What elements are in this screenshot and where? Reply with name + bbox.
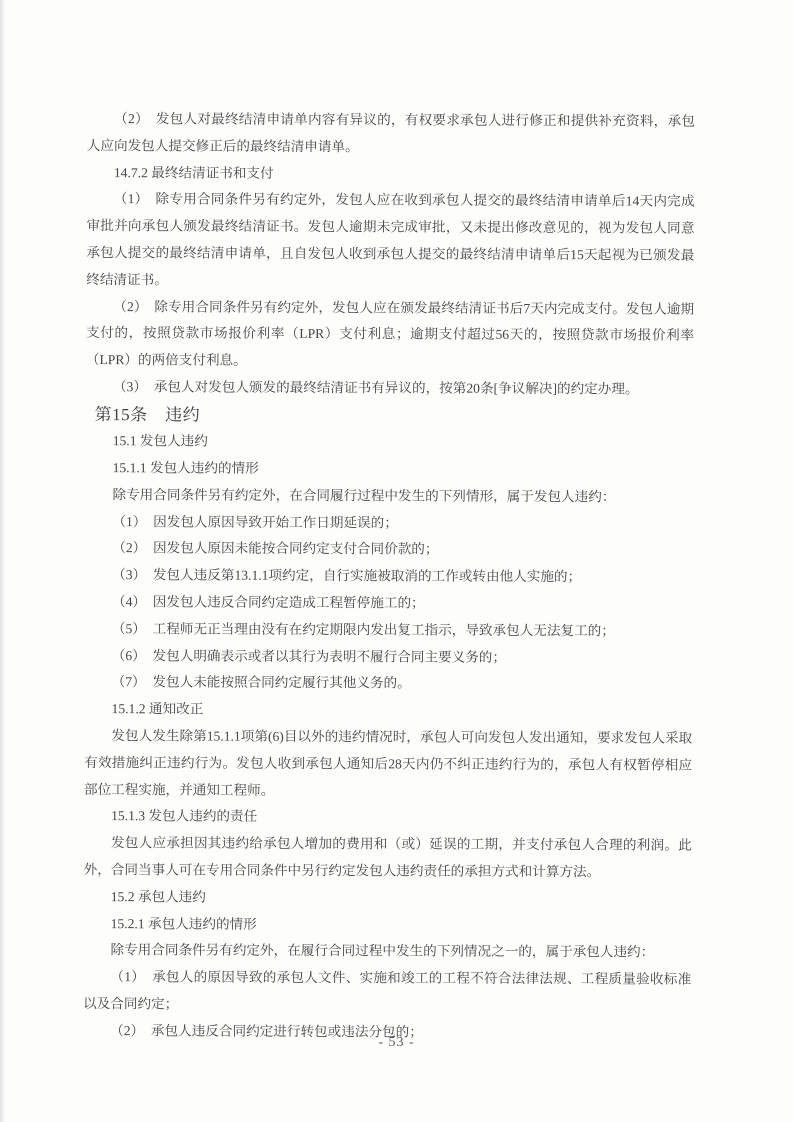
clause-subheading: 15.1.2 通知改正 — [84, 696, 692, 725]
page-content: （2） 发包人对最终结清申请单内容有异议的，有权要求承包人进行修正和提供补充资料… — [83, 106, 695, 1047]
clause-subheading: 15.1 发包人违约 — [85, 428, 693, 457]
paragraph: 发包人发生除第15.1.1项第(6)目以外的违约情况时，承包人可向发包人发出通知… — [84, 723, 692, 806]
list-item: （3） 发包人违反第13.1.1项约定，自行实施被取消的工作或转由他人实施的； — [85, 562, 693, 591]
list-item: （1） 承包人的原因导致的承包人文件、实施和竣工的工程不符合法律法规、工程质量验… — [83, 964, 691, 1020]
list-item: （2） 因发包人原因未能按合同约定支付合同价款的； — [85, 535, 693, 564]
list-item: （4） 因发包人违反合同约定造成工程暂停施工的； — [85, 589, 693, 618]
paragraph: 发包人应承担因其违约给承包人增加的费用和（或）延误的工期，并支付承包人合理的利润… — [84, 830, 692, 886]
clause-subheading: 15.1.3 发包人违约的责任 — [84, 803, 692, 832]
page-number: - 53 - — [0, 1035, 793, 1051]
paragraph: 除专用合同条件另有约定外，在履行合同过程中发生的下列情况之一的，属于承包人违约： — [83, 937, 691, 966]
clause-subheading: 15.2 承包人违约 — [83, 884, 691, 913]
clause-subheading: 15.1.1 发包人违约的情形 — [85, 455, 693, 484]
paragraph: （2） 发包人对最终结清申请单内容有异议的，有权要求承包人进行修正和提供补充资料… — [87, 106, 695, 162]
paragraph: （1） 除专用合同条件另有约定外，发包人应在收到承包人提交的最终结清申请单后14… — [86, 186, 694, 296]
clause-subheading: 15.2.1 承包人违约的情形 — [83, 911, 691, 940]
section-heading: 第15条 违约 — [86, 401, 694, 431]
scan-edge-shadow — [0, 0, 5, 1122]
paragraph: （2） 除专用合同条件另有约定外，发包人应在颁发最终结清证书后7天内完成支付。发… — [86, 294, 694, 377]
paragraph: （3） 承包人对发包人颁发的最终结清证书有异议的，按第20条[争议解决]的约定办… — [86, 374, 694, 403]
paragraph: 除专用合同条件另有约定外，在合同履行过程中发生的下列情形，属于发包人违约： — [85, 482, 693, 511]
list-item: （1） 因发包人原因导致开始工作日期延误的； — [85, 509, 693, 538]
list-item: （5） 工程师无正当理由没有在约定期限内发出复工指示，导致承包人无法复工的； — [85, 616, 693, 645]
list-item: （7） 发包人未能按照合同约定履行其他义务的。 — [84, 669, 692, 698]
clause-subheading: 14.7.2 最终结清证书和支付 — [87, 160, 695, 189]
list-item: （6） 发包人明确表示或者以其行为表明不履行合同主要义务的； — [85, 643, 693, 672]
